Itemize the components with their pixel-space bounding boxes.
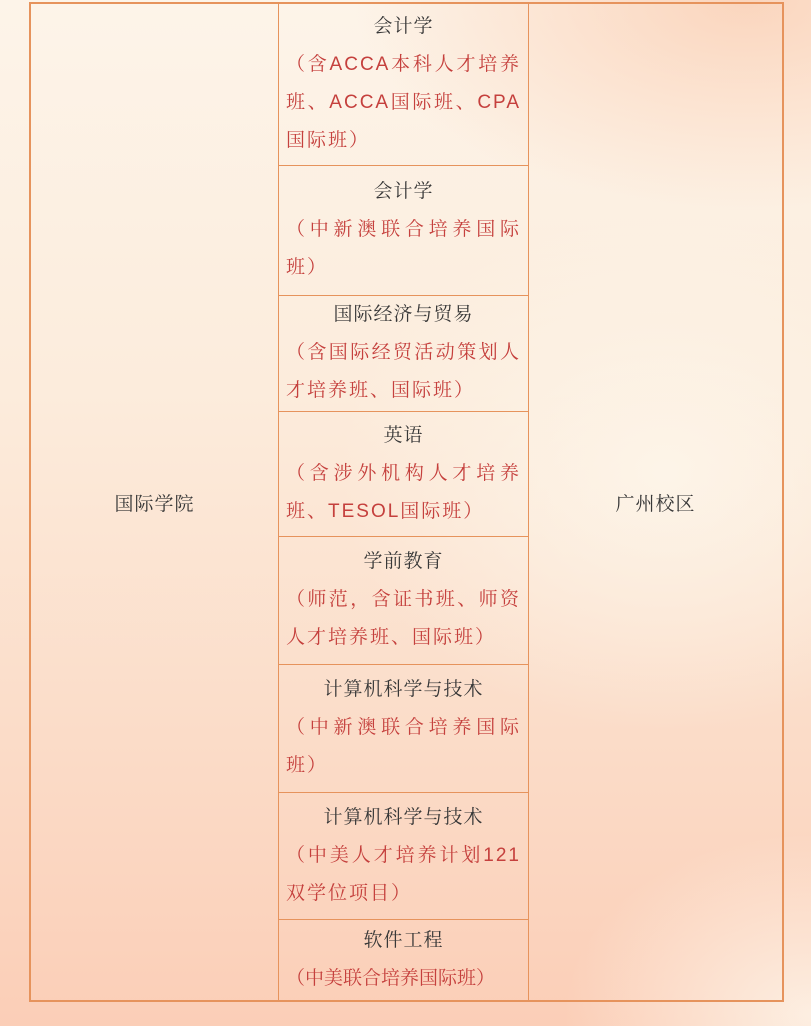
major-note: （中美联合培养国际班） — [286, 960, 521, 998]
campus-cell: 广州校区 — [529, 4, 782, 1000]
major-row: 计算机科学与技术 （中新澳联合培养国际班） — [279, 664, 528, 792]
major-name: 学前教育 — [286, 543, 521, 581]
majors-column: 会计学 （含ACCA本科人才培养班、ACCA国际班、CPA国际班） 会计学 （中… — [279, 4, 529, 1000]
major-name: 英语 — [286, 417, 521, 455]
page-background: 国际学院 会计学 （含ACCA本科人才培养班、ACCA国际班、CPA国际班） 会… — [0, 0, 811, 1026]
major-name: 国际经济与贸易 — [286, 296, 521, 334]
major-note: （含ACCA本科人才培养班、ACCA国际班、CPA国际班） — [286, 46, 521, 160]
major-row: 软件工程 （中美联合培养国际班） — [279, 919, 528, 1000]
majors-table: 国际学院 会计学 （含ACCA本科人才培养班、ACCA国际班、CPA国际班） 会… — [29, 2, 784, 1002]
major-note: （中美人才培养计划121双学位项目） — [286, 837, 521, 913]
major-row: 会计学 （含ACCA本科人才培养班、ACCA国际班、CPA国际班） — [279, 4, 528, 165]
major-row: 会计学 （中新澳联合培养国际班） — [279, 165, 528, 295]
major-name: 会计学 — [286, 173, 521, 211]
major-row: 英语 （含涉外机构人才培养班、TESOL国际班） — [279, 411, 528, 536]
major-row: 计算机科学与技术 （中美人才培养计划121双学位项目） — [279, 792, 528, 919]
major-row: 国际经济与贸易 （含国际经贸活动策划人才培养班、国际班） — [279, 295, 528, 411]
major-note: （中新澳联合培养国际班） — [286, 709, 521, 785]
major-note: （含涉外机构人才培养班、TESOL国际班） — [286, 455, 521, 531]
major-name: 软件工程 — [286, 922, 521, 960]
major-row: 学前教育 （师范，含证书班、师资人才培养班、国际班） — [279, 536, 528, 664]
major-name: 会计学 — [286, 8, 521, 46]
campus-name: 广州校区 — [615, 489, 695, 516]
major-name: 计算机科学与技术 — [286, 799, 521, 837]
major-note: （师范，含证书班、师资人才培养班、国际班） — [286, 581, 521, 657]
major-name: 计算机科学与技术 — [286, 671, 521, 709]
college-name: 国际学院 — [114, 489, 194, 516]
major-note: （中新澳联合培养国际班） — [286, 211, 521, 287]
college-cell: 国际学院 — [31, 4, 279, 1000]
major-note: （含国际经贸活动策划人才培养班、国际班） — [286, 334, 521, 410]
